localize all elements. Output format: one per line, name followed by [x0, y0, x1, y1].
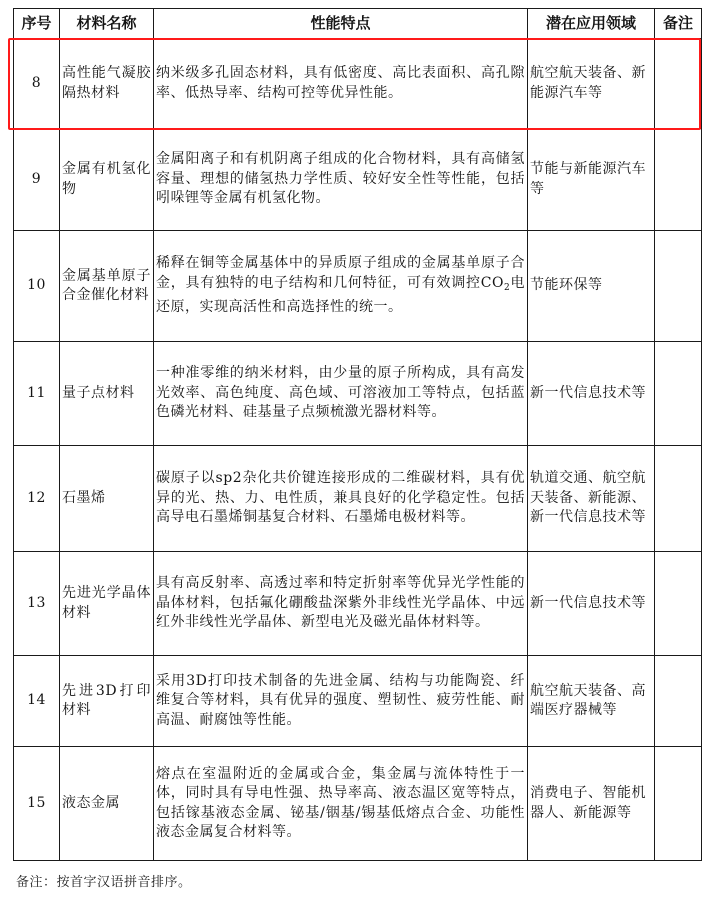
row-name: 石墨烯: [60, 446, 154, 552]
header-name: 材料名称: [60, 9, 154, 39]
row-no: 14: [14, 656, 60, 747]
header-features: 性能特点: [154, 9, 528, 39]
table-row: 13 先进光学晶体材料 具有高反射率、高透过率和特定折射率等优异光学性能的晶体材…: [14, 552, 702, 656]
row-no: 8: [14, 39, 60, 129]
table-row: 11 量子点材料 一种准零维的纳米材料，由少量的原子所构成，具有高发光效率、高色…: [14, 342, 702, 446]
footnote: 备注：按首字汉语拼音排序。: [16, 871, 192, 890]
row-no: 12: [14, 446, 60, 552]
row-features: 纳米级多孔固态材料，具有低密度、高比表面积、高孔隙率、低热导率、结构可控等优异性…: [154, 39, 528, 129]
table-row: 8 高性能气凝胶隔热材料 纳米级多孔固态材料，具有低密度、高比表面积、高孔隙率、…: [14, 39, 702, 129]
table-row: 9 金属有机氢化物 金属阳离子和有机阴离子组成的化合物材料，具有高储氢容量、理想…: [14, 129, 702, 231]
table-header-row: 序号 材料名称 性能特点 潜在应用领域 备注: [14, 9, 702, 39]
row-no: 15: [14, 747, 60, 861]
row-remarks: [655, 747, 702, 861]
row-remarks: [655, 231, 702, 342]
row-applications: 节能环保等: [528, 231, 655, 342]
row-name: 高性能气凝胶隔热材料: [60, 39, 154, 129]
row-no: 13: [14, 552, 60, 656]
document-page: 序号 材料名称 性能特点 潜在应用领域 备注 8 高性能气凝胶隔热材料 纳米级多…: [0, 0, 709, 899]
row-applications: 节能与新能源汽车等: [528, 129, 655, 231]
features-text-pre: 稀释在铜等金属基体中的异质原子组成的金属基单原子合金，具有独特的电子结构和几何特…: [156, 255, 525, 291]
header-remarks: 备注: [655, 9, 702, 39]
row-applications: 新一代信息技术等: [528, 552, 655, 656]
table-row: 14 先进3D打印材料 采用3D打印技术制备的先进金属、结构与功能陶瓷、纤维复合…: [14, 656, 702, 747]
row-features: 碳原子以sp2杂化共价键连接形成的二维碳材料，具有优异的光、热、力、电性质，兼具…: [154, 446, 528, 552]
row-applications: 轨道交通、航空航天装备、新能源、新一代信息技术等: [528, 446, 655, 552]
row-remarks: [655, 129, 702, 231]
row-name: 先进3D打印材料: [60, 656, 154, 747]
row-remarks: [655, 39, 702, 129]
header-applications: 潜在应用领域: [528, 9, 655, 39]
row-name: 金属有机氢化物: [60, 129, 154, 231]
row-name: 液态金属: [60, 747, 154, 861]
header-no: 序号: [14, 9, 60, 39]
table-row: 15 液态金属 熔点在室温附近的金属或合金，集金属与流体特性于一体，同时具有导电…: [14, 747, 702, 861]
row-no: 10: [14, 231, 60, 342]
row-no: 9: [14, 129, 60, 231]
row-features: 熔点在室温附近的金属或合金，集金属与流体特性于一体，同时具有导电性强、热导率高、…: [154, 747, 528, 861]
row-name: 量子点材料: [60, 342, 154, 446]
row-no: 11: [14, 342, 60, 446]
row-remarks: [655, 342, 702, 446]
row-applications: 航空航天装备、新能源汽车等: [528, 39, 655, 129]
row-name: 金属基单原子合金催化材料: [60, 231, 154, 342]
row-applications: 航空航天装备、高端医疗器械等: [528, 656, 655, 747]
row-features: 金属阳离子和有机阴离子组成的化合物材料，具有高储氢容量、理想的储氢热力学性质、较…: [154, 129, 528, 231]
table-row: 10 金属基单原子合金催化材料 稀释在铜等金属基体中的异质原子组成的金属基单原子…: [14, 231, 702, 342]
row-applications: 新一代信息技术等: [528, 342, 655, 446]
row-features: 具有高反射率、高透过率和特定折射率等优异光学性能的晶体材料，包括氟化硼酸盐深紫外…: [154, 552, 528, 656]
row-features: 采用3D打印技术制备的先进金属、结构与功能陶瓷、纤维复合等材料，具有优异的强度、…: [154, 656, 528, 747]
row-features: 稀释在铜等金属基体中的异质原子组成的金属基单原子合金，具有独特的电子结构和几何特…: [154, 231, 528, 342]
table-row: 12 石墨烯 碳原子以sp2杂化共价键连接形成的二维碳材料，具有优异的光、热、力…: [14, 446, 702, 552]
row-features: 一种准零维的纳米材料，由少量的原子所构成，具有高发光效率、高色纯度、高色域、可溶…: [154, 342, 528, 446]
row-applications: 消费电子、智能机器人、新能源等: [528, 747, 655, 861]
row-remarks: [655, 656, 702, 747]
materials-table: 序号 材料名称 性能特点 潜在应用领域 备注 8 高性能气凝胶隔热材料 纳米级多…: [13, 8, 702, 861]
row-name: 先进光学晶体材料: [60, 552, 154, 656]
row-remarks: [655, 552, 702, 656]
row-remarks: [655, 446, 702, 552]
